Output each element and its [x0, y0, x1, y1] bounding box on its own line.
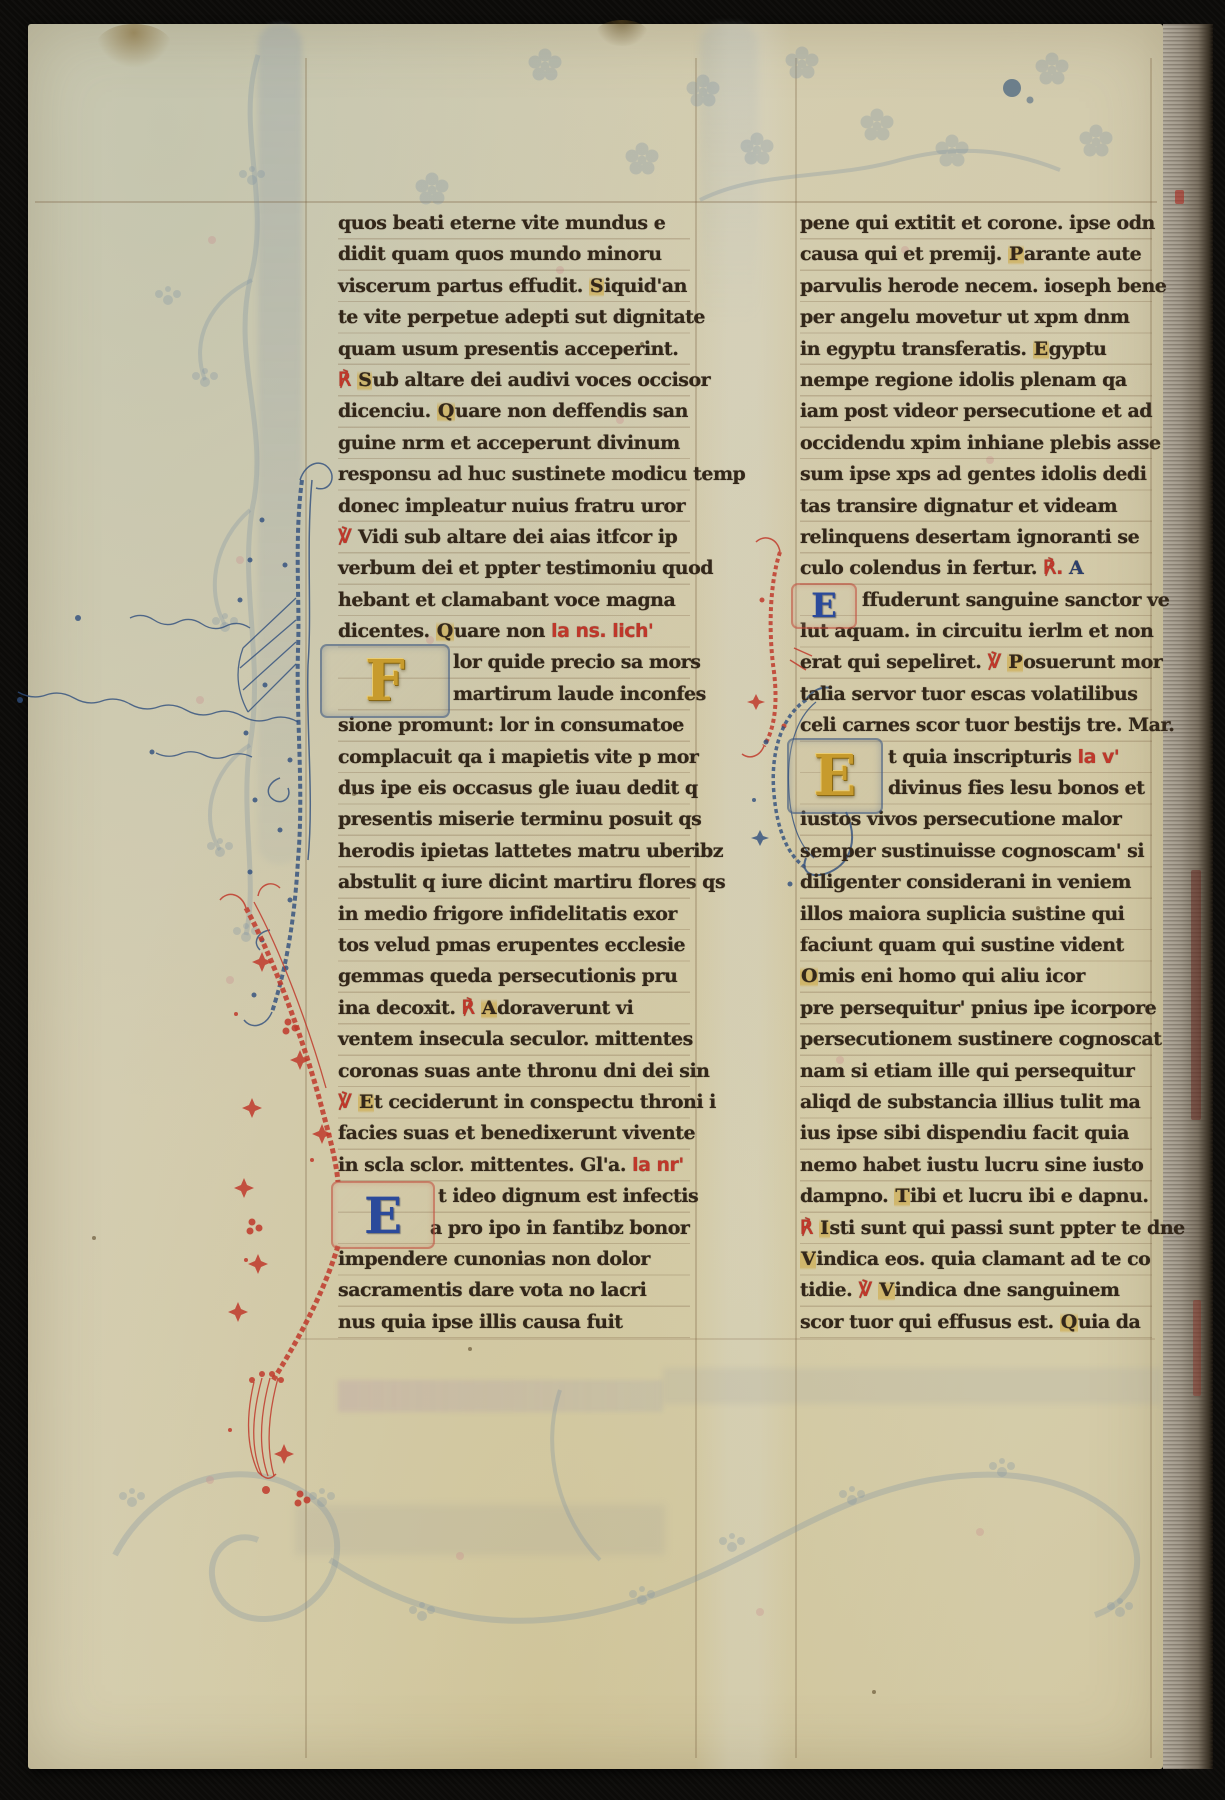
body-text: lor quide precio sa mors [453, 651, 700, 673]
body-text: per angelu movetur ut xpm dnm [800, 306, 1130, 328]
body-text: didit quam quos mundo minoru [338, 243, 662, 265]
manuscript-text-line: in egyptu transferatis. Egyptu [800, 334, 1152, 365]
manuscript-text-line: abstulit q iure dicint martiru flores qs [338, 867, 690, 898]
horizontal-ruling-line-top [35, 201, 1157, 203]
manuscript-text-line: faciunt quam qui sustine vident [800, 930, 1152, 961]
manuscript-text-line: dicenciu. Quare non deffendis san [338, 396, 690, 427]
manuscript-text-line: coronas suas ante thronu dni dei sin [338, 1056, 690, 1087]
body-text: coronas suas ante thronu dni dei sin [338, 1060, 709, 1082]
manuscript-text-line: per angelu movetur ut xpm dnm [800, 302, 1152, 333]
body-text: S [589, 275, 604, 297]
body-text: O [800, 965, 818, 987]
manuscript-text-line: dicentes. Quare non la ns. lich' [338, 616, 690, 647]
rubric-text: ℟ [338, 369, 357, 391]
manuscript-text-line: occidendu xpim inhiane plebis asse [800, 428, 1152, 459]
body-text: indica eos. quia clamant ad te co [816, 1248, 1150, 1270]
body-text: illos maiora suplicia sustine qui [800, 903, 1124, 925]
body-text: arante aute [1024, 243, 1141, 265]
manuscript-text-line: pene qui extitit et corone. ipse odn [800, 208, 1152, 239]
body-text: presentis miserie terminu posuit qs [338, 808, 701, 830]
manuscript-text-line: ℣ Vidi sub altare dei aias itfcor ip [338, 522, 690, 553]
showthrough-band-bottom-gray [663, 1368, 1163, 1404]
body-text: responsu ad huc sustinete modicu temp [338, 463, 745, 485]
column-gutter [695, 24, 791, 1769]
body-text: in scla sclor. mittentes. Gl'a. [338, 1154, 632, 1176]
manuscript-text-line: facies suas et benedixerunt vivente [338, 1118, 690, 1149]
body-text: facies suas et benedixerunt vivente [338, 1122, 695, 1144]
body-text: quam usum presentis acceperint. [338, 338, 678, 360]
body-text: indica dne sanguinem [895, 1279, 1120, 1301]
body-text: dus ipe eis occasus gle iuau dedit q [338, 777, 698, 799]
body-text: dampno. [800, 1185, 894, 1207]
body-text: quos beati eterne vite mundus e [338, 212, 665, 234]
body-text: nempe regione idolis plenam qa [800, 369, 1127, 391]
body-text: parvulis herode necem. ioseph bene [800, 275, 1166, 297]
ink-speck [872, 1690, 876, 1694]
manuscript-text-line: tidie. ℣ Vindica dne sanguinem [800, 1275, 1152, 1306]
body-text: uare non deffendis san [455, 400, 688, 422]
manuscript-text-line: Omis eni homo qui aliu icor [800, 961, 1152, 992]
body-text: semper sustinuisse cognoscam' si [800, 840, 1144, 862]
manuscript-text-line: presentis miserie terminu posuit qs [338, 804, 690, 835]
rubric-text: ℟ [462, 997, 481, 1019]
body-text: sacramentis dare vota no lacri [338, 1279, 646, 1301]
body-text: sti sunt qui passi sunt ppter te dne [830, 1217, 1185, 1239]
stain-top-left [96, 24, 172, 68]
manuscript-text-line: causa qui et premij. Parante aute [800, 239, 1152, 270]
manuscript-text-line: semper sustinuisse cognoscam' si [800, 836, 1152, 867]
body-text: scor tuor qui effusus est. [800, 1311, 1060, 1333]
fore-edge-red-mark [1175, 190, 1184, 204]
body-text: I [819, 1217, 829, 1239]
body-text: tos velud pmas erupentes ecclesie [338, 934, 685, 956]
body-text: iam post videor persecutione et ad [800, 400, 1152, 422]
body-text: t ceciderunt in conspectu throni i [374, 1091, 716, 1113]
body-text: Q [1060, 1311, 1078, 1333]
body-text: dicentes. [338, 620, 436, 642]
manuscript-text-line: ventem insecula seculor. mittentes [338, 1024, 690, 1055]
manuscript-text-line: herodis ipietas lattetes matru uberibz [338, 836, 690, 867]
body-text: E [1033, 338, 1049, 360]
body-text: dicenciu. [338, 400, 437, 422]
body-text: ub altare dei audivi voces occisor [372, 369, 710, 391]
manuscript-text-line: ina decoxit. ℟ Adoraverunt vi [338, 993, 690, 1024]
body-text: pene qui extitit et corone. ipse odn [800, 212, 1155, 234]
manuscript-text-line: hebant et clamabant voce magna [338, 585, 690, 616]
body-text: faciunt quam qui sustine vident [800, 934, 1124, 956]
manuscript-text-line: dampno. Tibi et lucru ibi e dapnu. [800, 1181, 1152, 1212]
body-text: P [1007, 651, 1023, 673]
rubric-text: la v' [1078, 746, 1120, 768]
body-text: T [894, 1185, 910, 1207]
manuscript-text-line: ius ipse sibi dispendiu facit quia [800, 1118, 1152, 1149]
blue-initial-E-right: E [791, 583, 857, 629]
body-text: complacuit qa i mapietis vite p mor [338, 746, 698, 768]
manuscript-text-line: te vite perpetue adepti sut dignitate [338, 302, 690, 333]
gold-initial-E-right: E [787, 738, 883, 814]
body-text: A [481, 997, 497, 1019]
manuscript-text-line: talia servor tuor escas volatilibus [800, 679, 1152, 710]
body-text: a pro ipo in fantibz bonor [430, 1217, 689, 1239]
manuscript-text-line: celi carnes scor tuor bestijs tre. Mar. [800, 710, 1152, 741]
manuscript-text-line: ℣ Et ceciderunt in conspectu throni i [338, 1087, 690, 1118]
blue-initial-E-left: E [331, 1181, 435, 1249]
body-text: P [1008, 243, 1024, 265]
body-text: donec impleatur nuius fratru uror [338, 495, 685, 517]
manuscript-text-line: nemo habet iustu lucru sine iusto [800, 1150, 1152, 1181]
body-text: ina decoxit. [338, 997, 462, 1019]
manuscript-text-line: sacramentis dare vota no lacri [338, 1275, 690, 1306]
rubric-text: la nr' [632, 1154, 684, 1176]
body-text: herodis ipietas lattetes matru uberibz [338, 840, 723, 862]
rubric-text: ℣ [987, 651, 1007, 673]
manuscript-text-line: quos beati eterne vite mundus e [338, 208, 690, 239]
manuscript-text-line: tos velud pmas erupentes ecclesie [338, 930, 690, 961]
body-text: doraverunt vi [497, 997, 633, 1019]
body-text: S [357, 369, 372, 391]
body-text: t ideo dignum est infectis [438, 1185, 698, 1207]
body-text: V [878, 1279, 894, 1301]
body-text: nus quia ipse illis causa fuit [338, 1311, 623, 1333]
stain-top-center [596, 20, 648, 46]
ink-speck [468, 1347, 472, 1351]
body-text: diligenter considerani in veniem [800, 871, 1131, 893]
manuscript-text-line: scor tuor qui effusus est. Quia da [800, 1307, 1152, 1338]
vertical-ruling-line [795, 58, 797, 1758]
body-text: in medio frigore infidelitatis exor [338, 903, 677, 925]
manuscript-text-line: quam usum presentis acceperint. [338, 334, 690, 365]
manuscript-text-line: diligenter considerani in veniem [800, 867, 1152, 898]
manuscript-left-column: quos beati eterne vite mundus edidit qua… [338, 208, 690, 1338]
body-text: uare non [454, 620, 551, 642]
manuscript-text-line: didit quam quos mundo minoru [338, 239, 690, 270]
body-text: ffuderunt sanguine sanctor ve [862, 589, 1169, 611]
body-text: tas transire dignatur et videam [800, 495, 1117, 517]
body-text: te vite perpetue adepti sut dignitate [338, 306, 705, 328]
horizontal-ruling-line-bottom [300, 1338, 1155, 1340]
manuscript-text-line: guine nrm et acceperunt divinum [338, 428, 690, 459]
body-text: V [800, 1248, 816, 1270]
manuscript-text-line: illos maiora suplicia sustine qui [800, 899, 1152, 930]
rubric-text: ℟ [800, 1217, 819, 1239]
manuscript-text-line: gemmas queda persecutionis pru [338, 961, 690, 992]
body-text: osuerunt mor [1023, 651, 1162, 673]
vertical-ruling-line [305, 58, 307, 1758]
body-text: impendere cunonias non dolor [338, 1248, 650, 1270]
body-text: erat qui sepeliret. [800, 651, 987, 673]
body-text: aliqd de substancia illius tulit ma [800, 1091, 1140, 1113]
body-text: Q [437, 400, 455, 422]
manuscript-text-line: culo colendus in fertur. ℟. A [800, 553, 1152, 584]
manuscript-text-line: ℟ Isti sunt qui passi sunt ppter te dne [800, 1213, 1152, 1244]
manuscript-text-line: iam post videor persecutione et ad [800, 396, 1152, 427]
manuscript-text-line: in medio frigore infidelitatis exor [338, 899, 690, 930]
body-text: guine nrm et acceperunt divinum [338, 432, 680, 454]
body-text: E [358, 1091, 374, 1113]
manuscript-text-line: responsu ad huc sustinete modicu temp [338, 459, 690, 490]
body-text: tidie. [800, 1279, 858, 1301]
photo-backdrop: quos beati eterne vite mundus edidit qua… [0, 0, 1225, 1800]
manuscript-text-line: persecutionem sustinere cognoscat [800, 1024, 1152, 1055]
body-text: A [1069, 557, 1083, 579]
showthrough-band-left-margin [258, 24, 302, 864]
manuscript-text-line: in scla sclor. mittentes. Gl'a. la nr' [338, 1150, 690, 1181]
rubric-text: ℣ [338, 1091, 358, 1113]
body-text: nemo habet iustu lucru sine iusto [800, 1154, 1143, 1176]
body-text: occidendu xpim inhiane plebis asse [800, 432, 1161, 454]
body-text: sum ipse xps ad gentes idolis dedi [800, 463, 1146, 485]
body-text: ius ipse sibi dispendiu facit quia [800, 1122, 1129, 1144]
body-text: verbum dei et ppter testimoniu quod [338, 557, 713, 579]
body-text: Vidi sub altare dei aias itfcor ip [358, 526, 677, 548]
body-text: celi carnes scor tuor bestijs tre. Mar. [800, 714, 1174, 736]
body-text: culo colendus in fertur. [800, 557, 1043, 579]
manuscript-text-line: nus quia ipse illis causa fuit [338, 1307, 690, 1338]
rubric-text: ℣ [338, 526, 358, 548]
ink-speck [92, 1236, 96, 1240]
body-text: in egyptu transferatis. [800, 338, 1033, 360]
showthrough-band-bottom-pink [338, 1380, 663, 1412]
body-text: ibi et lucru ibi e dapnu. [910, 1185, 1149, 1207]
manuscript-text-line: verbum dei et ppter testimoniu quod [338, 553, 690, 584]
body-text: relinquens desertam ignoranti se [800, 526, 1139, 548]
manuscript-text-line: pre persequitur' pnius ipe icorpore [800, 993, 1152, 1024]
manuscript-text-line: sum ipse xps ad gentes idolis dedi [800, 459, 1152, 490]
manuscript-text-line: relinquens desertam ignoranti se [800, 522, 1152, 553]
manuscript-text-line: parvulis herode necem. ioseph bene [800, 271, 1152, 302]
manuscript-text-line: erat qui sepeliret. ℣ Posuerunt mor [800, 647, 1152, 678]
body-text: mis eni homo qui aliu icor [818, 965, 1085, 987]
body-text: gyptu [1049, 338, 1107, 360]
body-text: persecutionem sustinere cognoscat [800, 1028, 1162, 1050]
manuscript-text-line: nempe regione idolis plenam qa [800, 365, 1152, 396]
rubric-text: ℣ [858, 1279, 878, 1301]
manuscript-text-line: ℟ Sub altare dei audivi voces occisor [338, 365, 690, 396]
body-text: t quia inscripturis [888, 746, 1078, 768]
body-text: causa qui et premij. [800, 243, 1008, 265]
manuscript-text-line: aliqd de substancia illius tulit ma [800, 1087, 1152, 1118]
book-fore-edge [1163, 24, 1213, 1769]
gold-initial-F: F [320, 644, 450, 718]
manuscript-text-line: complacuit qa i mapietis vite p mor [338, 742, 690, 773]
rubric-text: la ns. lich' [551, 620, 653, 642]
manuscript-text-line: Vindica eos. quia clamant ad te co [800, 1244, 1152, 1275]
body-text: divinus fies lesu bonos et [888, 777, 1145, 799]
manuscript-text-line: dus ipe eis occasus gle iuau dedit q [338, 773, 690, 804]
body-text: gemmas queda persecutionis pru [338, 965, 677, 987]
body-text: ventem insecula seculor. mittentes [338, 1028, 693, 1050]
manuscript-text-line: nam si etiam ille qui persequitur [800, 1056, 1152, 1087]
showthrough-band-bottom-faint [295, 1505, 665, 1555]
body-text: uia da [1078, 1311, 1141, 1333]
body-text: martirum laude inconfes [453, 683, 706, 705]
fore-edge-red-streak [1193, 1300, 1201, 1396]
body-text: pre persequitur' pnius ipe icorpore [800, 997, 1156, 1019]
body-text: abstulit q iure dicint martiru flores qs [338, 871, 725, 893]
fore-edge-dark-streak [1191, 870, 1201, 1120]
body-text: iquid'an [604, 275, 687, 297]
body-text: Q [436, 620, 454, 642]
body-text: nam si etiam ille qui persequitur [800, 1060, 1134, 1082]
manuscript-text-line: tas transire dignatur et videam [800, 491, 1152, 522]
body-text: hebant et clamabant voce magna [338, 589, 675, 611]
body-text: viscerum partus effudit. [338, 275, 589, 297]
manuscript-text-line: viscerum partus effudit. Siquid'an [338, 271, 690, 302]
rubric-text: ℟. [1043, 557, 1069, 579]
body-text: talia servor tuor escas volatilibus [800, 683, 1137, 705]
manuscript-text-line: donec impleatur nuius fratru uror [338, 491, 690, 522]
